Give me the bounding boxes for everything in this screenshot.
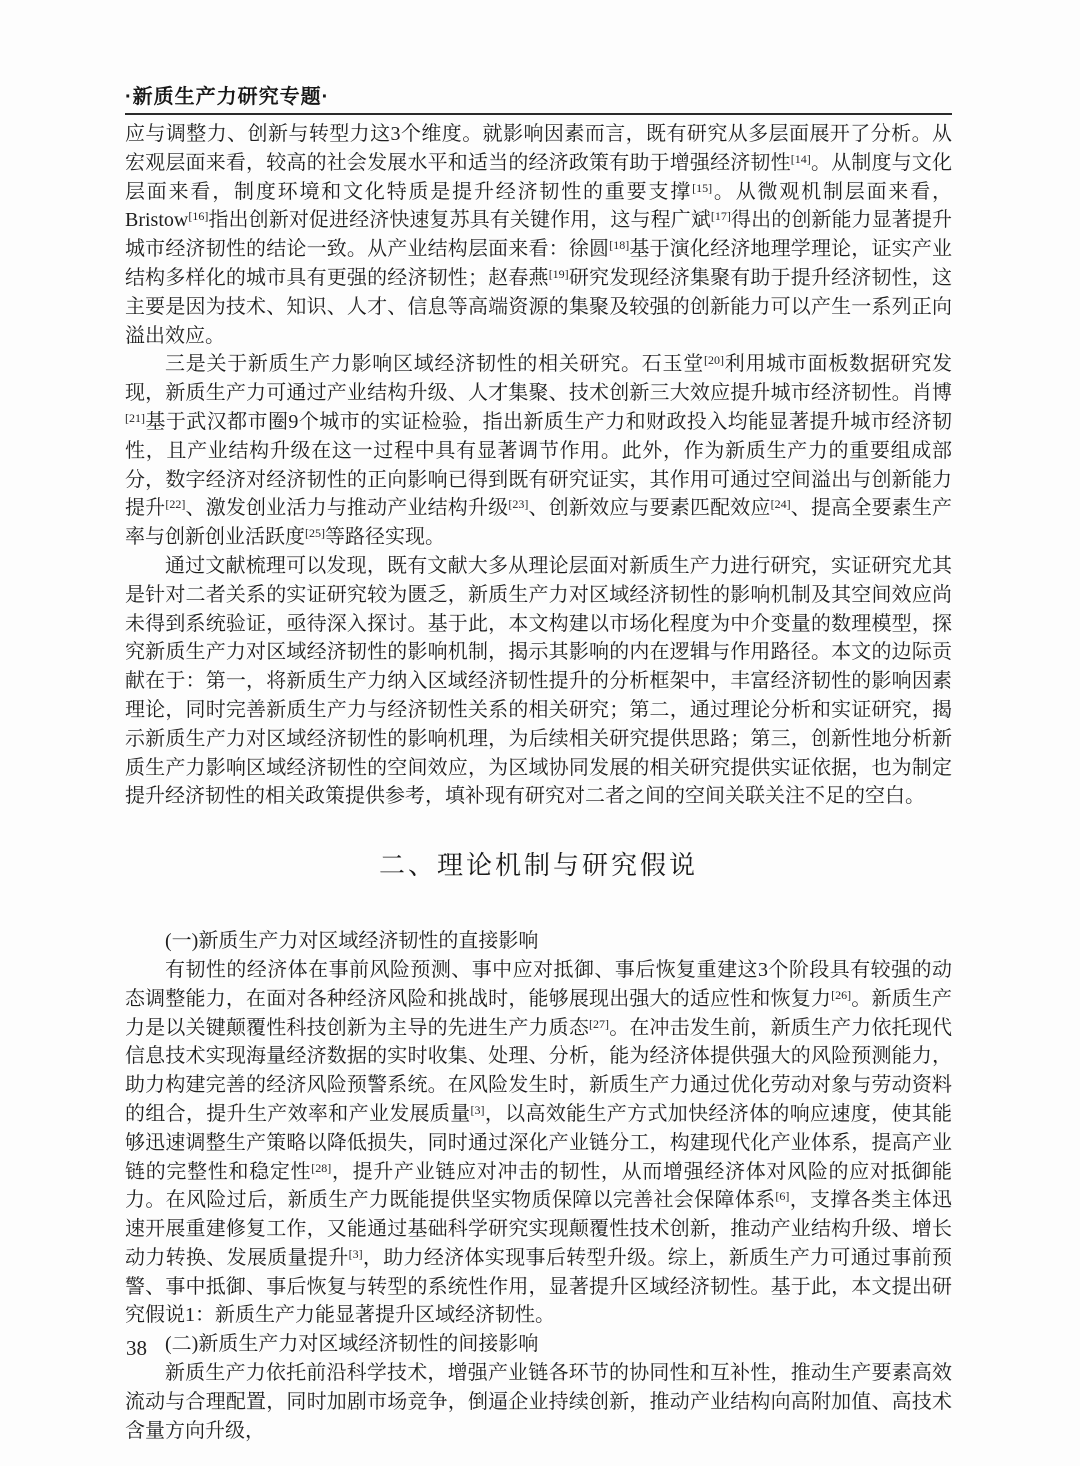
citation-marker: [22] <box>165 497 185 511</box>
paragraph: 通过文献梳理可以发现，既有文献大多从理论层面对新质生产力进行研究，实证研究尤其是… <box>125 552 952 811</box>
citation-marker: [6] <box>775 1189 789 1203</box>
citation-marker: [25] <box>305 526 325 540</box>
article-body: 应与调整力、创新与转型力这3个维度。就影响因素而言，既有研究从多层面展开了分析。… <box>125 120 952 1445</box>
page-number: 38 <box>126 1336 147 1361</box>
paragraph: 有韧性的经济体在事前风险预测、事中应对抵御、事后恢复重建这3个阶段具有较强的动态… <box>125 956 952 1330</box>
citation-marker: [16] <box>188 209 208 223</box>
citation-marker: [20] <box>704 353 724 367</box>
citation-marker: [28] <box>311 1161 331 1175</box>
citation-marker: [26] <box>831 988 851 1002</box>
page-footer: 38 <box>126 1336 147 1361</box>
citation-marker: [18] <box>609 238 629 252</box>
paragraph: 新质生产力依托前沿科学技术，增强产业链各环节的协同性和互补性，推动生产要素高效流… <box>125 1359 952 1445</box>
subsection-heading: (二)新质生产力对区域经济韧性的间接影响 <box>125 1330 952 1359</box>
citation-marker: [3] <box>471 1103 485 1117</box>
column-topic-label: ·新质生产力研究专题· <box>125 85 952 109</box>
citation-marker: [3] <box>349 1247 363 1261</box>
paragraph: 三是关于新质生产力影响区域经济韧性的相关研究。石玉堂[20]利用城市面板数据研究… <box>125 350 952 552</box>
journal-page: ·新质生产力研究专题· 应与调整力、创新与转型力这3个维度。就影响因素而言，既有… <box>0 0 1080 1466</box>
citation-marker: [14] <box>791 152 811 166</box>
citation-marker: [24] <box>771 497 791 511</box>
citation-marker: [23] <box>508 497 528 511</box>
subsection-heading: (一)新质生产力对区域经济韧性的直接影响 <box>125 927 952 956</box>
citation-marker: [27] <box>589 1017 609 1031</box>
section-heading: 二、理论机制与研究假说 <box>125 849 952 883</box>
citation-marker: [17] <box>711 209 731 223</box>
page-header: ·新质生产力研究专题· <box>125 85 952 115</box>
header-rule <box>125 113 952 115</box>
citation-marker: [19] <box>549 267 569 281</box>
paragraph: 应与调整力、创新与转型力这3个维度。就影响因素而言，既有研究从多层面展开了分析。… <box>125 120 952 350</box>
citation-marker: [21] <box>125 411 145 425</box>
citation-marker: [15] <box>692 181 712 195</box>
